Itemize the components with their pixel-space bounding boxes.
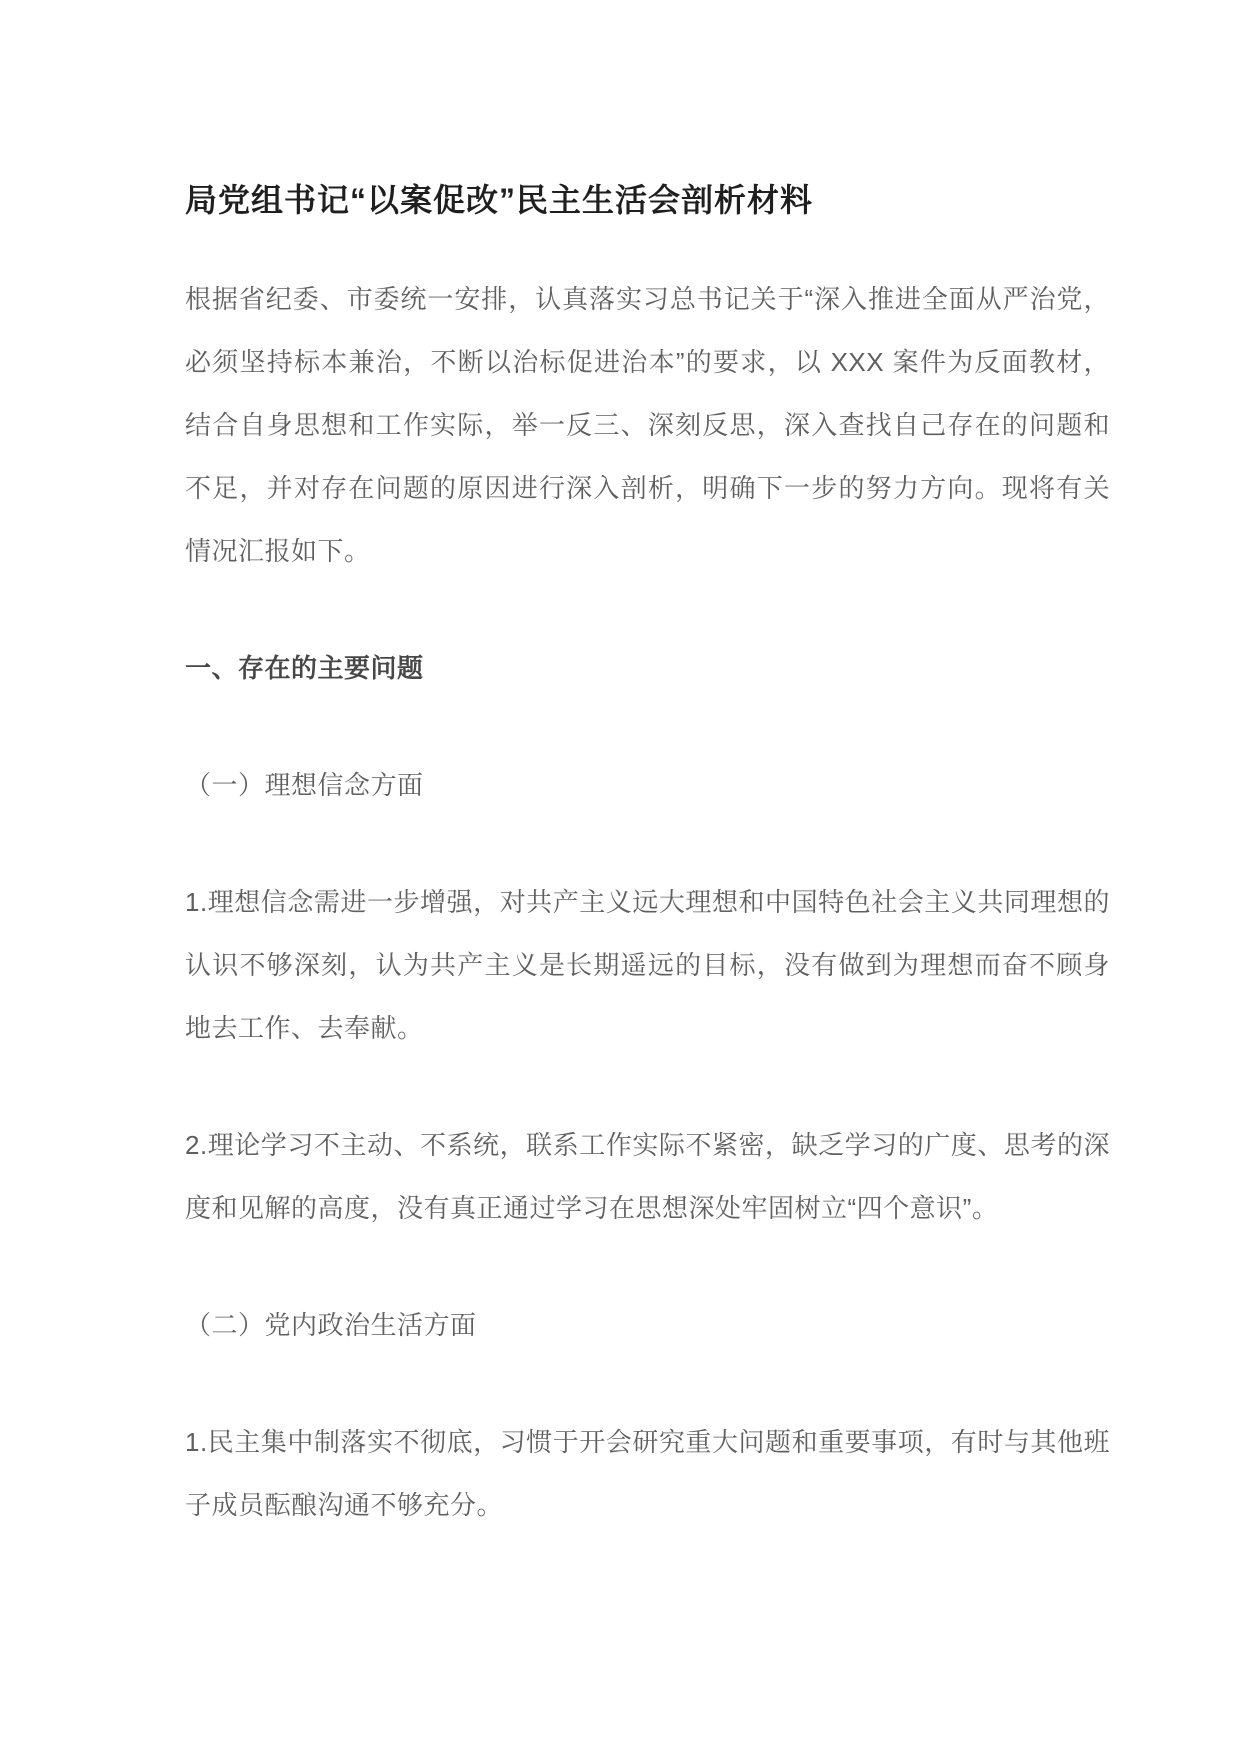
section-1-heading: 一、存在的主要问题 [185,637,1110,700]
subsection-1-paragraph-1: 1.理想信念需进一步增强，对共产主义远大理想和中国特色社会主义共同理想的认识不够… [185,871,1110,1060]
intro-paragraph: 根据省纪委、市委统一安排，认真落实习总书记关于“深入推进全面从严治党，必须坚持标… [185,268,1110,583]
document-title: 局党组书记“以案促改”民主生活会剖析材料 [185,178,1110,222]
document-page: 局党组书记“以案促改”民主生活会剖析材料 根据省纪委、市委统一安排，认真落实习总… [0,0,1241,1755]
subsection-1-heading: （一）理想信念方面 [185,754,1110,817]
subsection-2-heading: （二）党内政治生活方面 [185,1294,1110,1357]
document-content: 局党组书记“以案促改”民主生活会剖析材料 根据省纪委、市委统一安排，认真落实习总… [185,178,1110,1537]
subsection-1-paragraph-2: 2.理论学习不主动、不系统，联系工作实际不紧密，缺乏学习的广度、思考的深度和见解… [185,1114,1110,1240]
subsection-2-paragraph-1: 1.民主集中制落实不彻底，习惯于开会研究重大问题和重要事项，有时与其他班子成员酝… [185,1411,1110,1537]
